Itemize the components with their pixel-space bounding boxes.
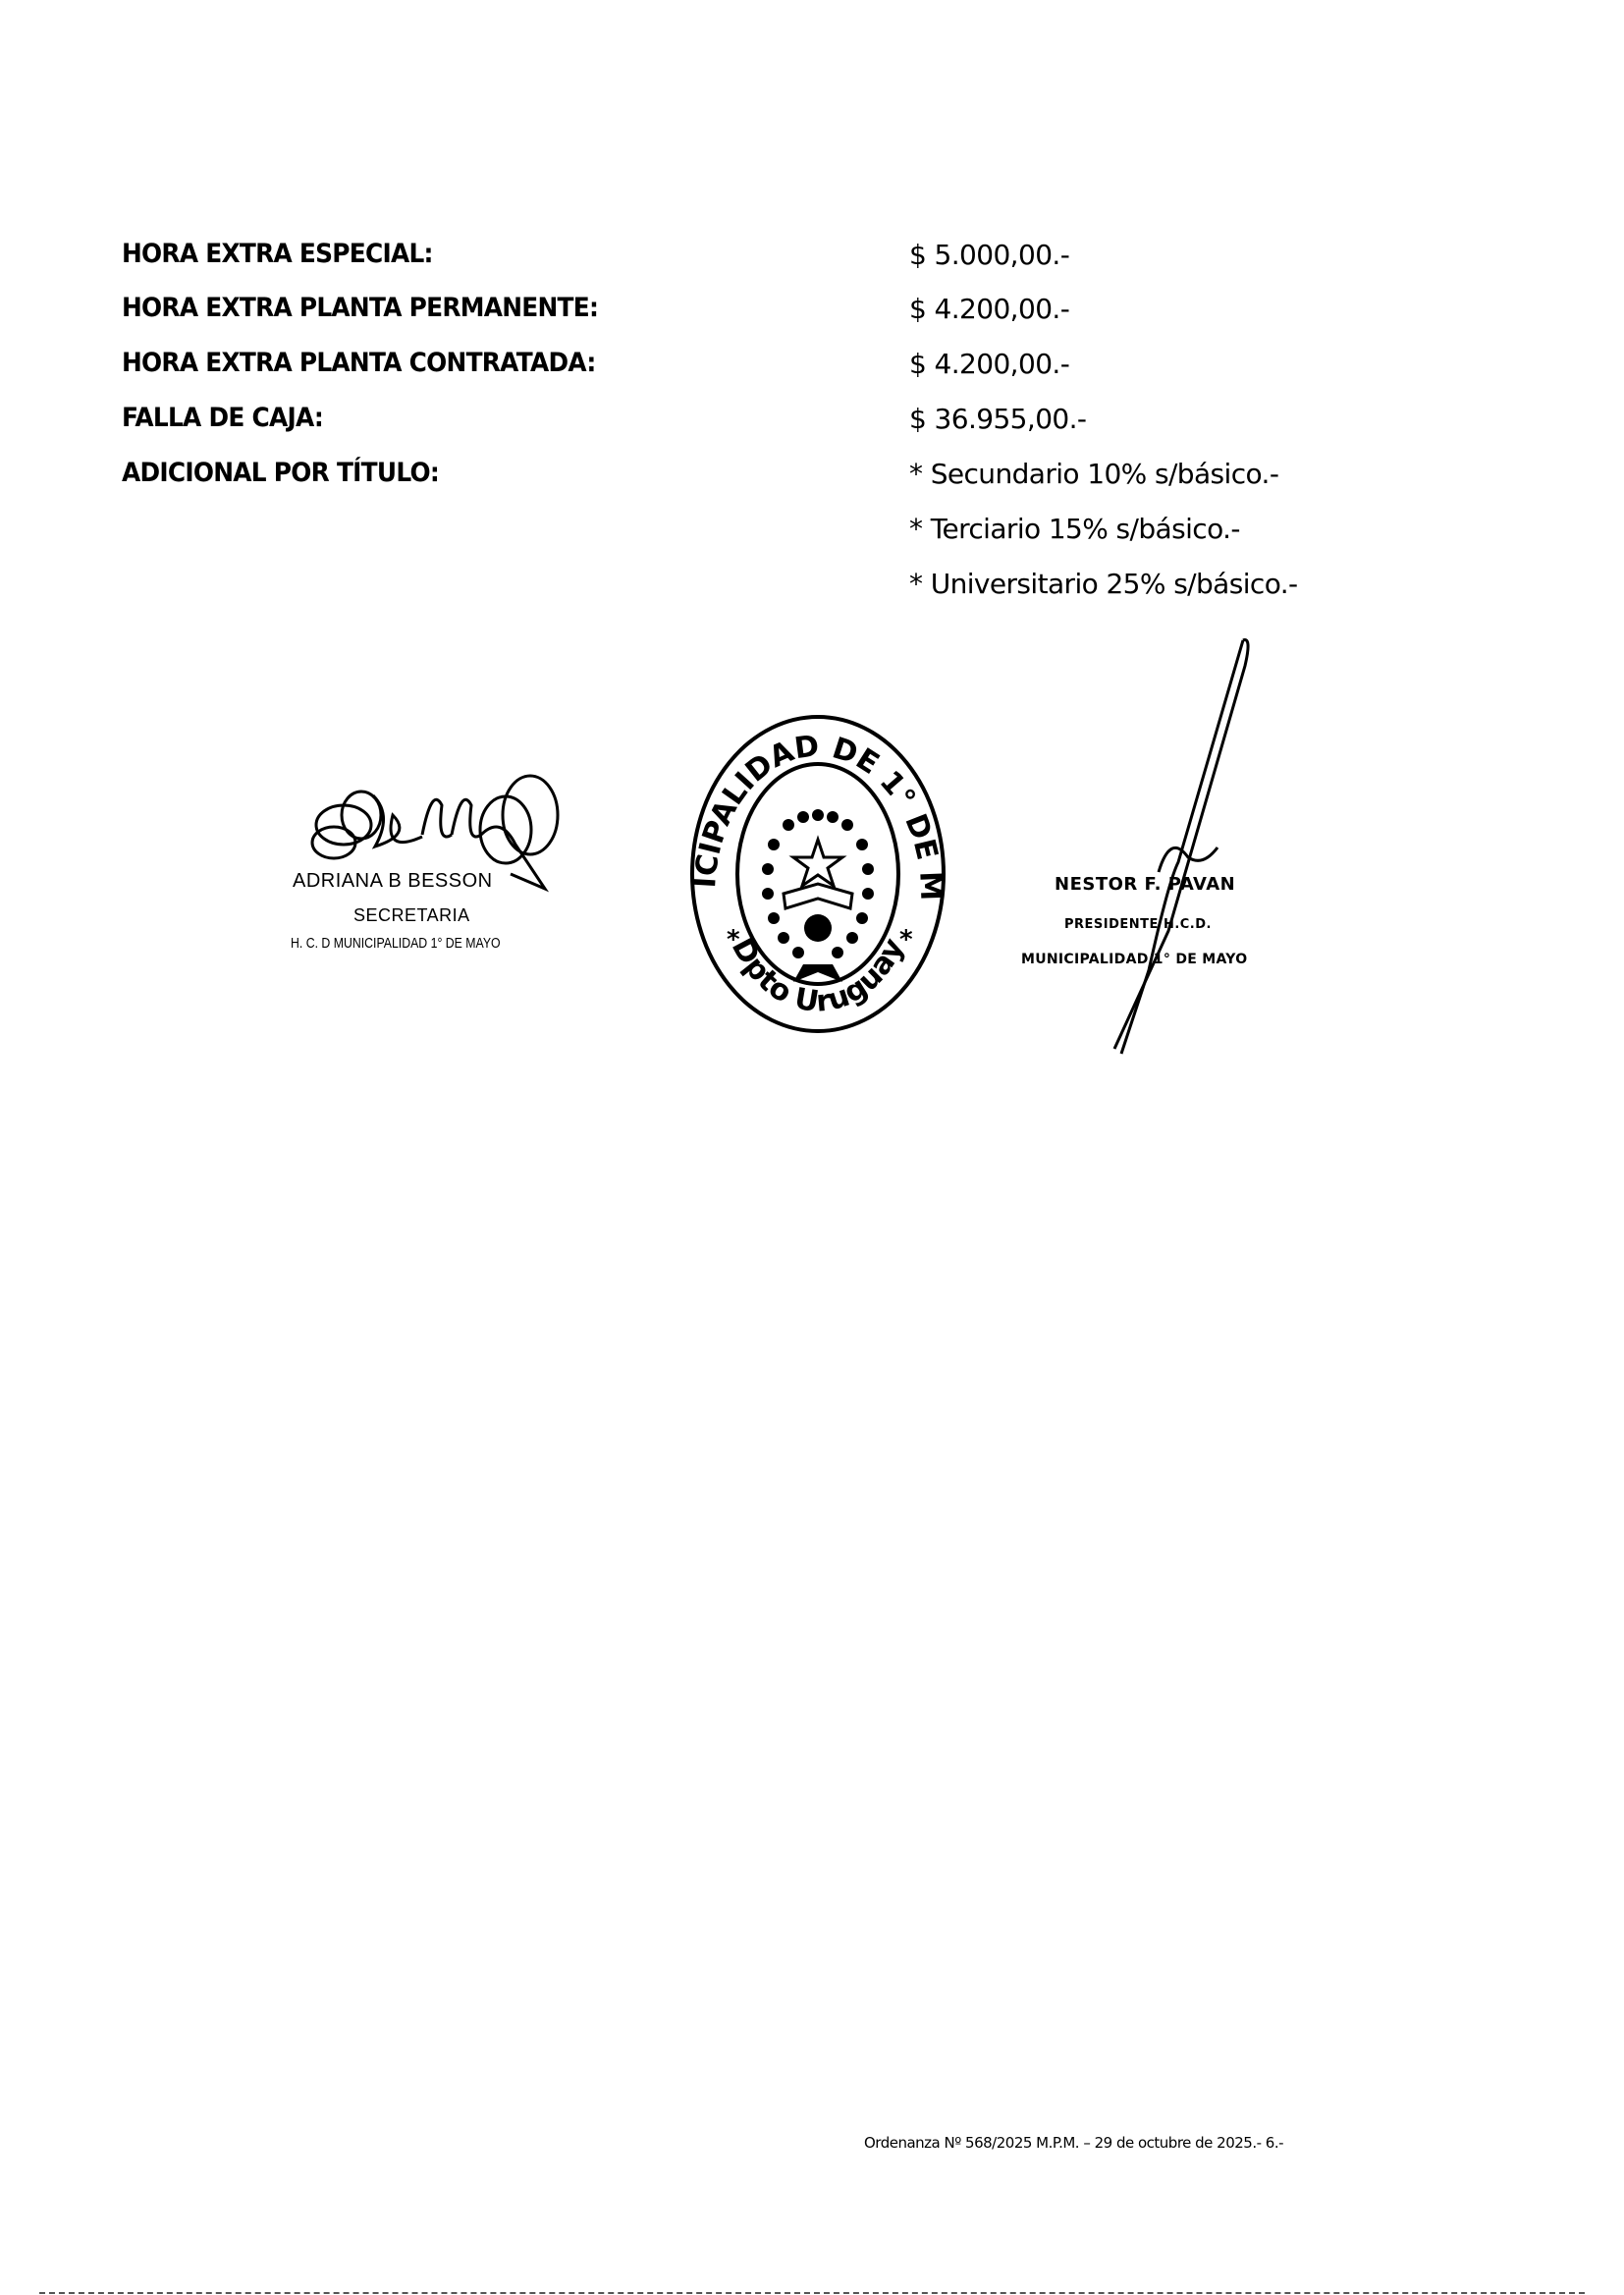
document-page: HORA EXTRA ESPECIAL: $ 5.000,00.- HORA E… [0,0,1624,2295]
value-titulo-terciario: * Terciario 15% s/básico.- [909,513,1240,545]
label-hora-extra-permanente: HORA EXTRA PLANTA PERMANENTE: [122,293,598,323]
secretaria-org: H. C. D MUNICIPALIDAD 1° DE MAYO [291,935,501,952]
presidente-signature-icon [1110,636,1306,1059]
value-titulo-secundario: * Secundario 10% s/básico.- [909,458,1278,490]
secretaria-title: SECRETARIA [353,905,470,926]
label-hora-extra-contratada: HORA EXTRA PLANTA CONTRATADA: [122,348,596,378]
value-hora-extra-permanente: $ 4.200,00.- [909,293,1069,325]
scan-edge-line [39,2292,1585,2294]
label-hora-extra-especial: HORA EXTRA ESPECIAL: [122,239,433,269]
municipal-seal-icon: MUNICIPALIDAD DE 1° DE MAYO Dpto Uruguay… [685,707,950,1041]
label-falla-de-caja: FALLA DE CAJA: [122,403,323,433]
value-falla-de-caja: $ 36.955,00.- [909,403,1086,435]
secretaria-signature-icon [304,776,569,913]
label-adicional-titulo: ADICIONAL POR TÍTULO: [122,458,439,488]
svg-text:*: * [899,925,913,955]
page-footer: Ordenanza Nº 568/2025 M.P.M. – 29 de oct… [864,2134,1283,2152]
presidente-org: MUNICIPALIDAD 1° DE MAYO [1021,952,1247,967]
value-hora-extra-contratada: $ 4.200,00.- [909,348,1069,380]
presidente-name: NESTOR F. PAVAN [1055,874,1235,895]
svg-text:*: * [727,925,740,955]
secretaria-name: ADRIANA B BESSON [293,870,493,893]
value-hora-extra-especial: $ 5.000,00.- [909,239,1069,271]
value-titulo-universitario: * Universitario 25% s/básico.- [909,568,1298,600]
presidente-title: PRESIDENTE H.C.D. [1064,917,1212,932]
